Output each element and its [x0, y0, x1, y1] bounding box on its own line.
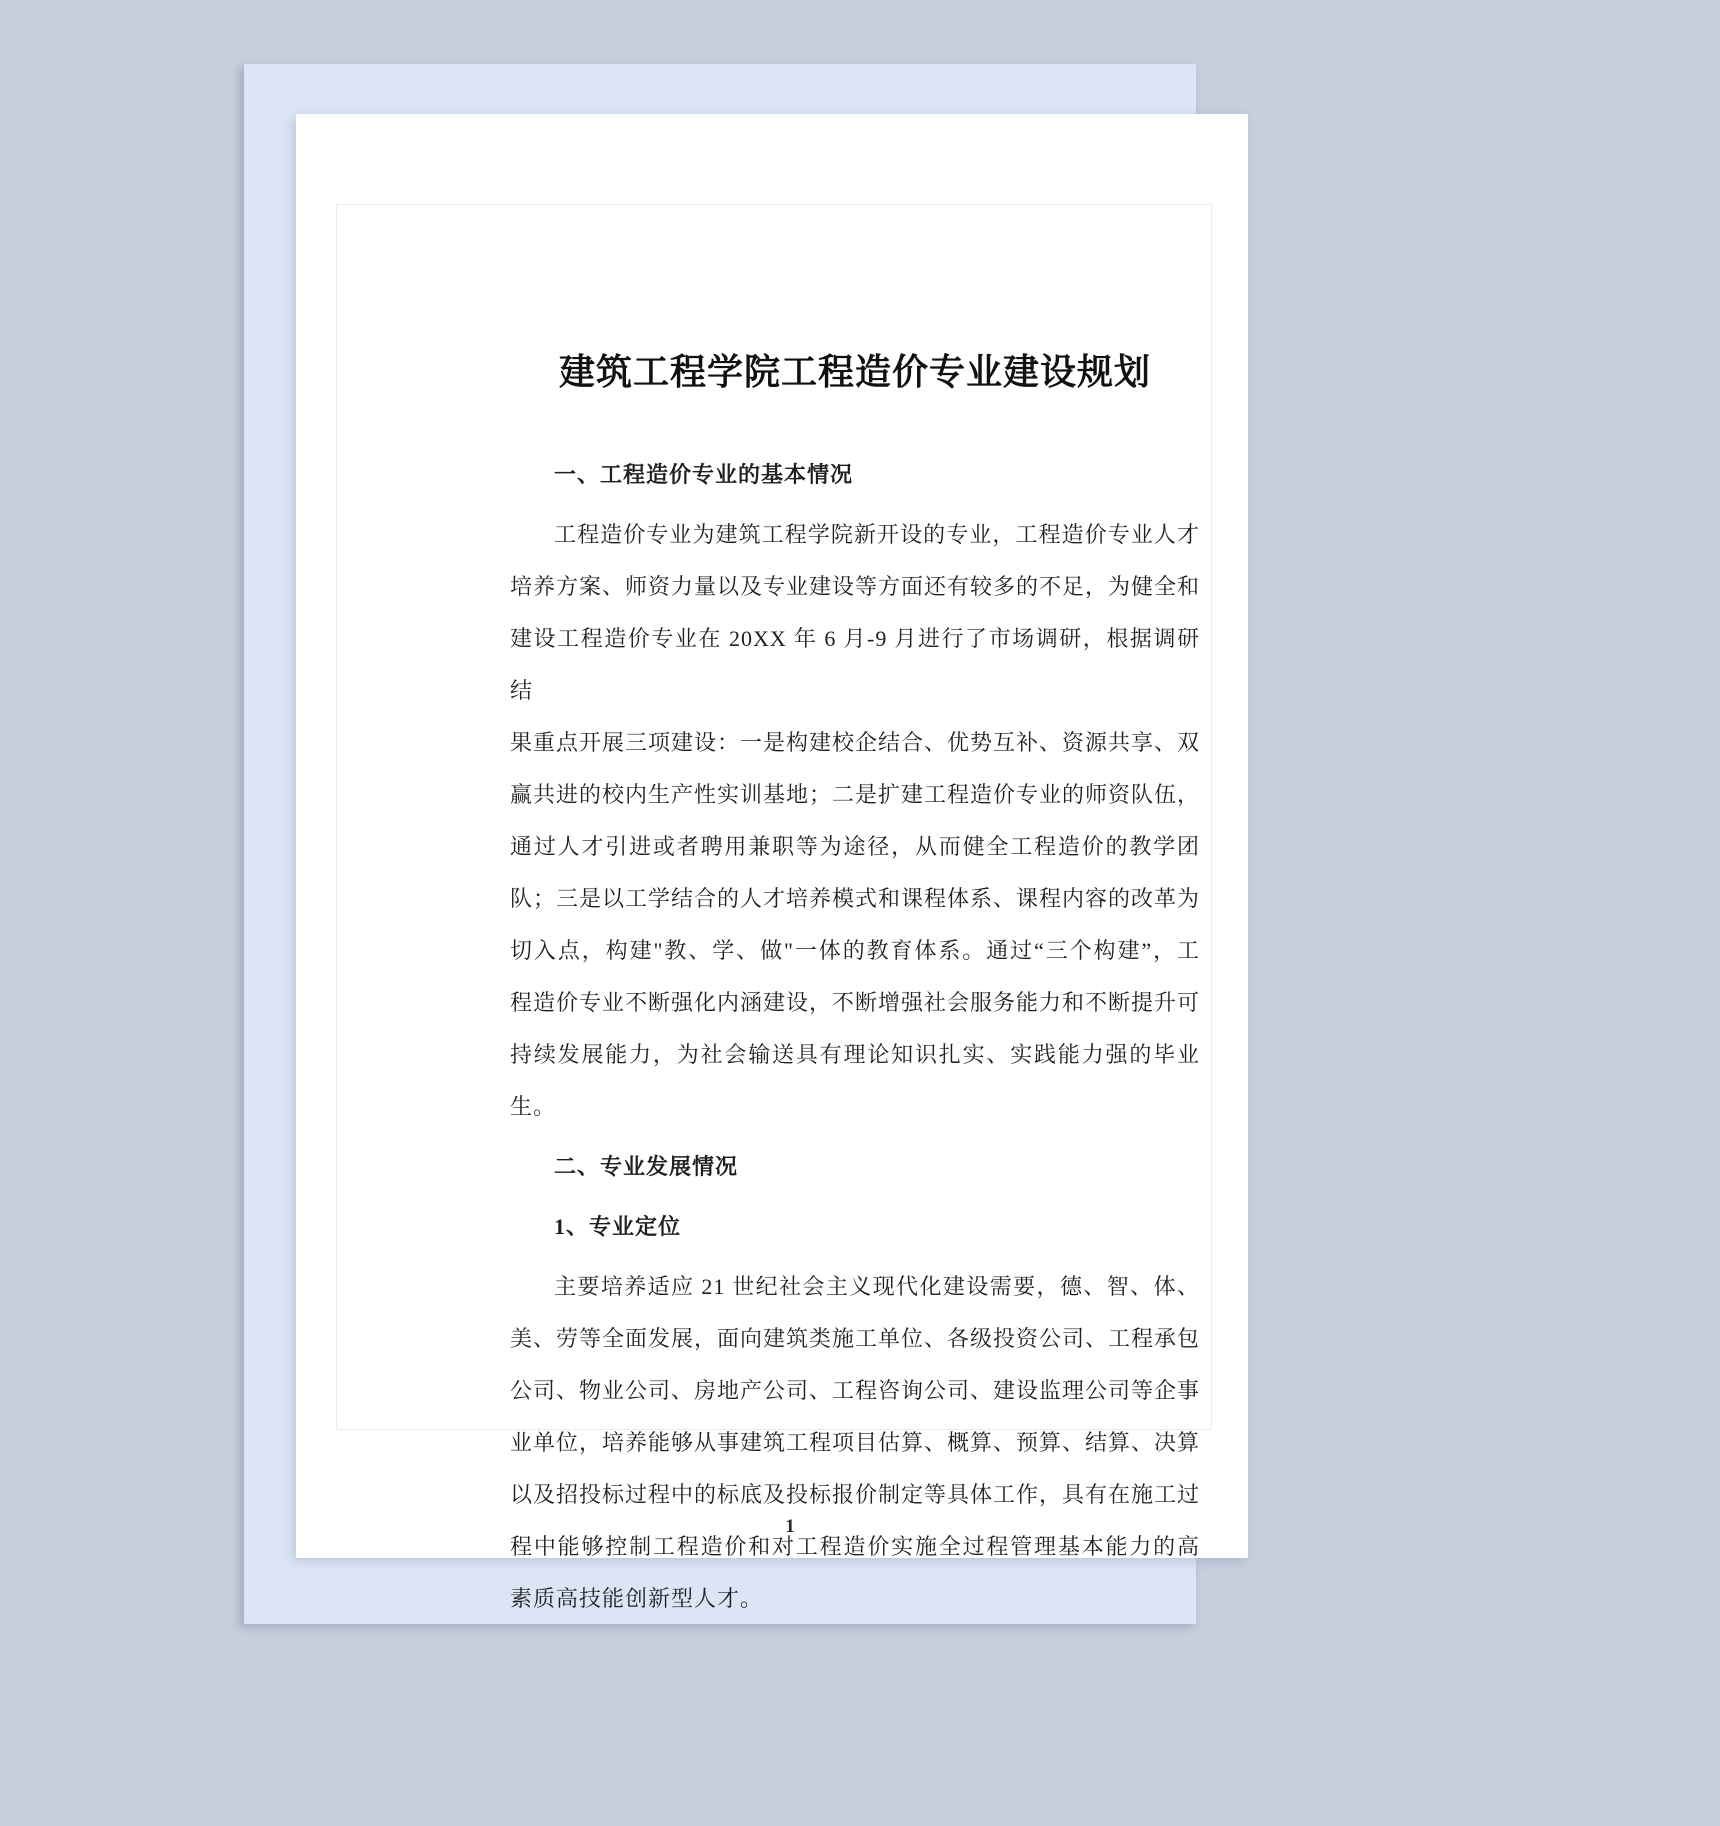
text-line: 通过人才引进或者聘用兼职等为途径，从而健全工程造价的教学团 [510, 821, 1200, 873]
text-line: 工程造价专业为建筑工程学院新开设的专业，工程造价专业人才 [510, 509, 1200, 561]
page-number: 1 [296, 1516, 1248, 1538]
text-line: 以及招投标过程中的标底及投标报价制定等具体工作，具有在施工过 [510, 1469, 1200, 1521]
text-line: 赢共进的校内生产性实训基地；二是扩建工程造价专业的师资队伍， [510, 769, 1200, 821]
text-line: 队；三是以工学结合的人才培养模式和课程体系、课程内容的改革为 [510, 873, 1200, 925]
document-page: 建筑工程学院工程造价专业建设规划 一、工程造价专业的基本情况工程造价专业为建筑工… [296, 114, 1248, 1558]
preview-background: 建筑工程学院工程造价专业建设规划 一、工程造价专业的基本情况工程造价专业为建筑工… [0, 0, 1720, 1826]
section-heading: 1、专业定位 [510, 1201, 1200, 1253]
text-line: 切入点，构建"教、学、做"一体的教育体系。通过“三个构建”，工 [510, 925, 1200, 977]
section-heading: 一、工程造价专业的基本情况 [510, 449, 1200, 501]
text-line: 持续发展能力，为社会输送具有理论知识扎实、实践能力强的毕业生。 [510, 1029, 1200, 1133]
document-title: 建筑工程学院工程造价专业建设规划 [510, 346, 1200, 398]
text-line: 素质高技能创新型人才。 [510, 1573, 1200, 1625]
text-line: 培养方案、师资力量以及专业建设等方面还有较多的不足，为健全和 [510, 561, 1200, 613]
text-line: 公司、物业公司、房地产公司、工程咨询公司、建设监理公司等企事 [510, 1365, 1200, 1417]
text-line: 业单位，培养能够从事建筑工程项目估算、概算、预算、结算、决算 [510, 1417, 1200, 1469]
text-line: 美、劳等全面发展，面向建筑类施工单位、各级投资公司、工程承包 [510, 1313, 1200, 1365]
text-line: 程造价专业不断强化内涵建设，不断增强社会服务能力和不断提升可 [510, 977, 1200, 1029]
text-line: 果重点开展三项建设：一是构建校企结合、优势互补、资源共享、双 [510, 717, 1200, 769]
text-line: 建设工程造价专业在 20XX 年 6 月-9 月进行了市场调研，根据调研结 [510, 613, 1200, 717]
text-line: 主要培养适应 21 世纪社会主义现代化建设需要，德、智、体、 [510, 1261, 1200, 1313]
section-heading: 二、专业发展情况 [510, 1141, 1200, 1193]
document-body: 一、工程造价专业的基本情况工程造价专业为建筑工程学院新开设的专业，工程造价专业人… [510, 449, 1200, 1625]
